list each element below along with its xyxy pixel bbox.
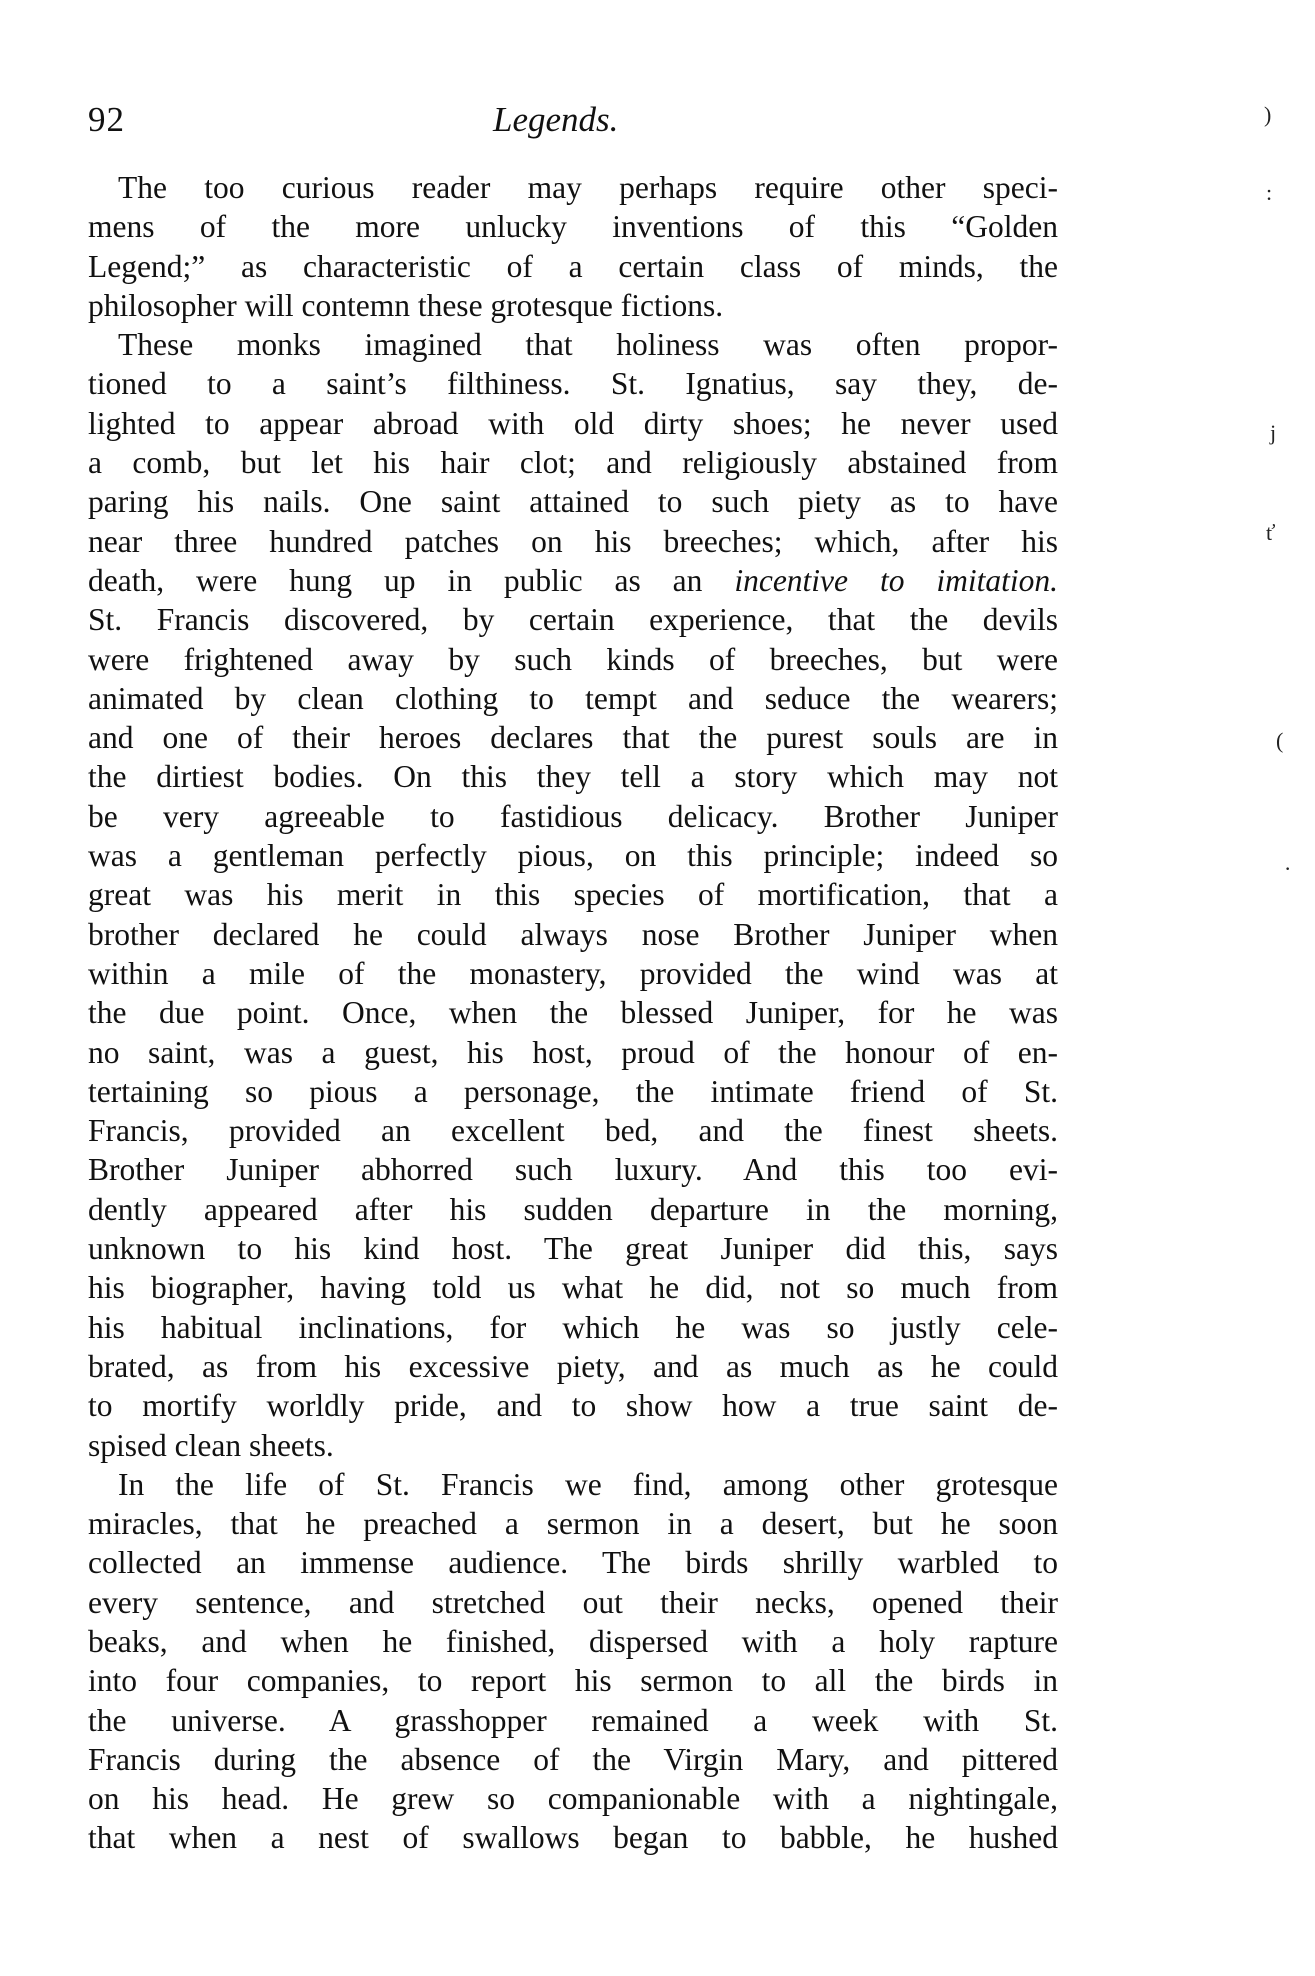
body-text: The too curious reader may perhaps requi… bbox=[88, 168, 1058, 1858]
scan-artifact-mark: ( bbox=[1276, 728, 1283, 754]
text-line: paring his nails. One saint attained to … bbox=[88, 482, 1058, 521]
scan-artifact-mark: j bbox=[1270, 420, 1276, 446]
text-line: and one of their heroes declares that th… bbox=[88, 718, 1058, 757]
text-line: his biographer, having told us what he d… bbox=[88, 1268, 1058, 1307]
scan-artifact-mark: : bbox=[1266, 180, 1272, 206]
text-line: be very agreeable to fastidious delicacy… bbox=[88, 797, 1058, 836]
text-line: a comb, but let his hair clot; and relig… bbox=[88, 443, 1058, 482]
text-line: near three hundred patches on his breech… bbox=[88, 522, 1058, 561]
text-line: into four companies, to report his sermo… bbox=[88, 1661, 1058, 1700]
text-line: animated by clean clothing to tempt and … bbox=[88, 679, 1058, 718]
text-line: brated, as from his excessive piety, and… bbox=[88, 1347, 1058, 1386]
text-line: no saint, was a guest, his host, proud o… bbox=[88, 1033, 1058, 1072]
text-line: that when a nest of swallows began to ba… bbox=[88, 1818, 1058, 1857]
paragraph-1: The too curious reader may perhaps requi… bbox=[88, 168, 1058, 325]
text-line-with-italic: death, were hung up in public as an ince… bbox=[88, 561, 1058, 600]
running-head: 92 Legends. bbox=[88, 100, 1058, 150]
text-line: the due point. Once, when the blessed Ju… bbox=[88, 993, 1058, 1032]
text-line: mens of the more unlucky inventions of t… bbox=[88, 207, 1058, 246]
text-line: every sentence, and stretched out their … bbox=[88, 1583, 1058, 1622]
text-line: the dirtiest bodies. On this they tell a… bbox=[88, 757, 1058, 796]
text-line: within a mile of the monastery, provided… bbox=[88, 954, 1058, 993]
text-line: The too curious reader may perhaps requi… bbox=[88, 168, 1058, 207]
text-line: spised clean sheets. bbox=[88, 1426, 1058, 1465]
text-line: miracles, that he preached a sermon in a… bbox=[88, 1504, 1058, 1543]
text-line: In the life of St. Francis we find, amon… bbox=[88, 1465, 1058, 1504]
text-line: unknown to his kind host. The great Juni… bbox=[88, 1229, 1058, 1268]
scan-artifact-mark: · bbox=[1284, 856, 1291, 882]
text-line: These monks imagined that holiness was o… bbox=[88, 325, 1058, 364]
text-segment: death, were hung up in public as an bbox=[88, 563, 734, 598]
italic-phrase: incentive to imitation. bbox=[734, 563, 1058, 598]
page-number: 92 bbox=[88, 100, 125, 140]
text-line: was a gentleman perfectly pious, on this… bbox=[88, 836, 1058, 875]
text-line: philosopher will contemn these grotesque… bbox=[88, 286, 1058, 325]
paragraph-2: These monks imagined that holiness was o… bbox=[88, 325, 1058, 1465]
text-line: the universe. A grasshopper remained a w… bbox=[88, 1701, 1058, 1740]
text-line: St. Francis discovered, by certain exper… bbox=[88, 600, 1058, 639]
scan-artifact-mark: ť bbox=[1266, 520, 1275, 546]
text-line: tertaining so pious a personage, the int… bbox=[88, 1072, 1058, 1111]
scan-artifact-mark: ) bbox=[1264, 102, 1271, 128]
text-line: beaks, and when he finished, dispersed w… bbox=[88, 1622, 1058, 1661]
text-line: collected an immense audience. The birds… bbox=[88, 1543, 1058, 1582]
text-line: great was his merit in this species of m… bbox=[88, 875, 1058, 914]
text-line: Brother Juniper abhorred such luxury. An… bbox=[88, 1150, 1058, 1189]
text-line: brother declared he could always nose Br… bbox=[88, 915, 1058, 954]
text-line: his habitual inclinations, for which he … bbox=[88, 1308, 1058, 1347]
text-line: lighted to appear abroad with old dirty … bbox=[88, 404, 1058, 443]
text-line: to mortify worldly pride, and to show ho… bbox=[88, 1386, 1058, 1425]
text-line: Francis during the absence of the Virgin… bbox=[88, 1740, 1058, 1779]
running-title: Legends. bbox=[493, 100, 618, 140]
paragraph-3: In the life of St. Francis we find, amon… bbox=[88, 1465, 1058, 1858]
text-line: tioned to a saint’s filthiness. St. Igna… bbox=[88, 364, 1058, 403]
text-line: dently appeared after his sudden departu… bbox=[88, 1190, 1058, 1229]
text-line: Legend;” as characteristic of a certain … bbox=[88, 247, 1058, 286]
text-line: on his head. He grew so companionable wi… bbox=[88, 1779, 1058, 1818]
book-page: 92 Legends. The too curious reader may p… bbox=[0, 0, 1315, 1976]
text-line: were frightened away by such kinds of br… bbox=[88, 640, 1058, 679]
text-line: Francis, provided an excellent bed, and … bbox=[88, 1111, 1058, 1150]
